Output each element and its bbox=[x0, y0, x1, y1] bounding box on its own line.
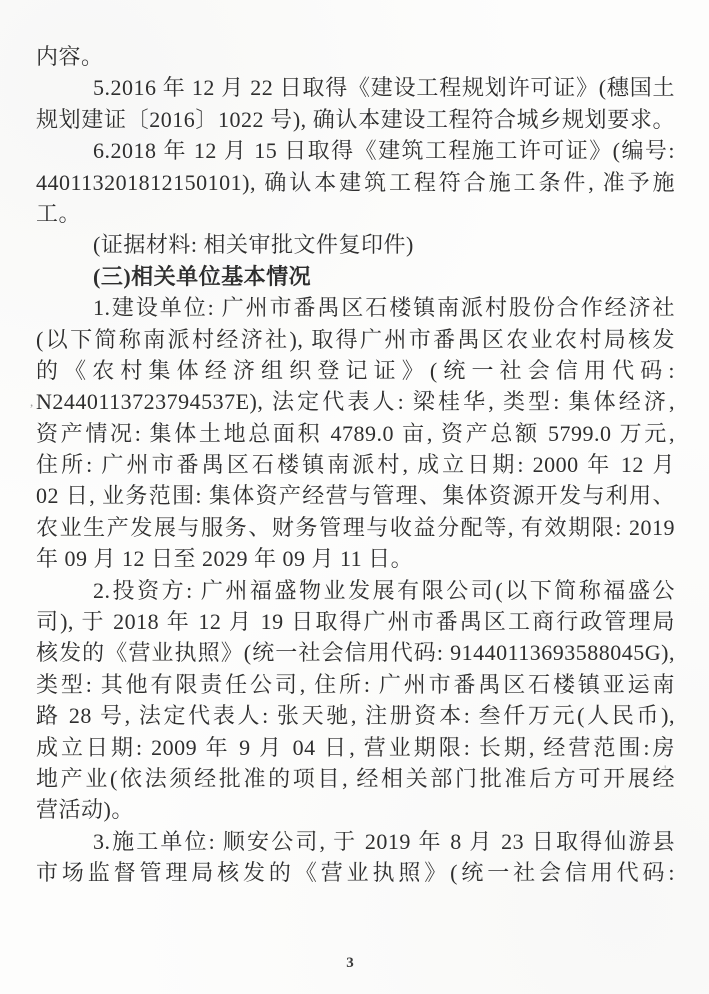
scan-speckle: , bbox=[30, 394, 33, 410]
text-line: 路 28 号, 法定代表人: 张天驰, 注册资本: 叁仟万元(人民币), bbox=[36, 700, 675, 731]
text-line: 5.2016 年 12 月 22 日取得《建设工程规划许可证》(穗国土 bbox=[36, 72, 675, 103]
text-line: 成立日期: 2009 年 9 月 04 日, 营业期限: 长期, 经营范围:房 bbox=[36, 732, 675, 763]
text-line: 营活动)。 bbox=[36, 794, 675, 825]
page-number: 3 bbox=[0, 955, 700, 972]
text-line: (证据材料: 相关审批文件复印件) bbox=[36, 229, 675, 260]
text-line: (以下简称南派村经济社), 取得广州市番禺区农业农村局核发 bbox=[36, 324, 675, 355]
text-line: 地产业(依法须经批准的项目, 经相关部门批准后方可开展经 bbox=[36, 763, 675, 794]
text-line: 02 日, 业务范围: 集体资产经营与管理、集体资源开发与利用、 bbox=[36, 480, 675, 511]
text-line: 内容。 bbox=[36, 41, 675, 72]
text-line: 6.2018 年 12 月 15 日取得《建筑工程施工许可证》(编号: bbox=[36, 135, 675, 166]
text-line: 资产情况: 集体土地总面积 4789.0 亩, 资产总额 5799.0 万元, bbox=[36, 418, 675, 449]
text-line: 司), 于 2018 年 12 月 19 日取得广州市番禺区工商行政管理局 bbox=[36, 606, 675, 637]
text-line: 的《农村集体经济组织登记证》(统一社会信用代码: bbox=[36, 355, 675, 386]
text-body: 内容。5.2016 年 12 月 22 日取得《建设工程规划许可证》(穗国土规划… bbox=[36, 41, 675, 889]
text-line: 3.施工单位: 顺安公司, 于 2019 年 8 月 23 日取得仙游县 bbox=[36, 826, 675, 857]
document-page: 内容。5.2016 年 12 月 22 日取得《建设工程规划许可证》(穗国土规划… bbox=[0, 0, 709, 994]
text-line: 类型: 其他有限责任公司, 住所: 广州市番禺区石楼镇亚运南 bbox=[36, 669, 675, 700]
text-line: 年 09 月 12 日至 2029 年 09 月 11 日。 bbox=[36, 543, 675, 574]
text-line: 农业生产发展与服务、财务管理与收益分配等, 有效期限: 2019 bbox=[36, 512, 675, 543]
text-line: 2.投资方: 广州福盛物业发展有限公司(以下简称福盛公 bbox=[36, 575, 675, 606]
text-line: 440113201812150101), 确认本建筑工程符合施工条件, 准予施 bbox=[36, 167, 675, 198]
text-line: 规划建证〔2016〕1022 号), 确认本建设工程符合城乡规划要求。 bbox=[36, 104, 675, 135]
text-line: 1.建设单位: 广州市番禺区石楼镇南派村股份合作经济社 bbox=[36, 292, 675, 323]
text-line: 工。 bbox=[36, 198, 675, 229]
text-line: N2440113723794537E), 法定代表人: 梁桂华, 类型: 集体经… bbox=[36, 386, 675, 417]
section-heading: (三)相关单位基本情况 bbox=[36, 261, 675, 292]
text-line: 住所: 广州市番禺区石楼镇南派村, 成立日期: 2000 年 12 月 bbox=[36, 449, 675, 480]
text-line: 市场监督管理局核发的《营业执照》(统一社会信用代码: bbox=[36, 857, 675, 888]
text-line: 核发的《营业执照》(统一社会信用代码: 91440113693588045G), bbox=[36, 637, 675, 668]
